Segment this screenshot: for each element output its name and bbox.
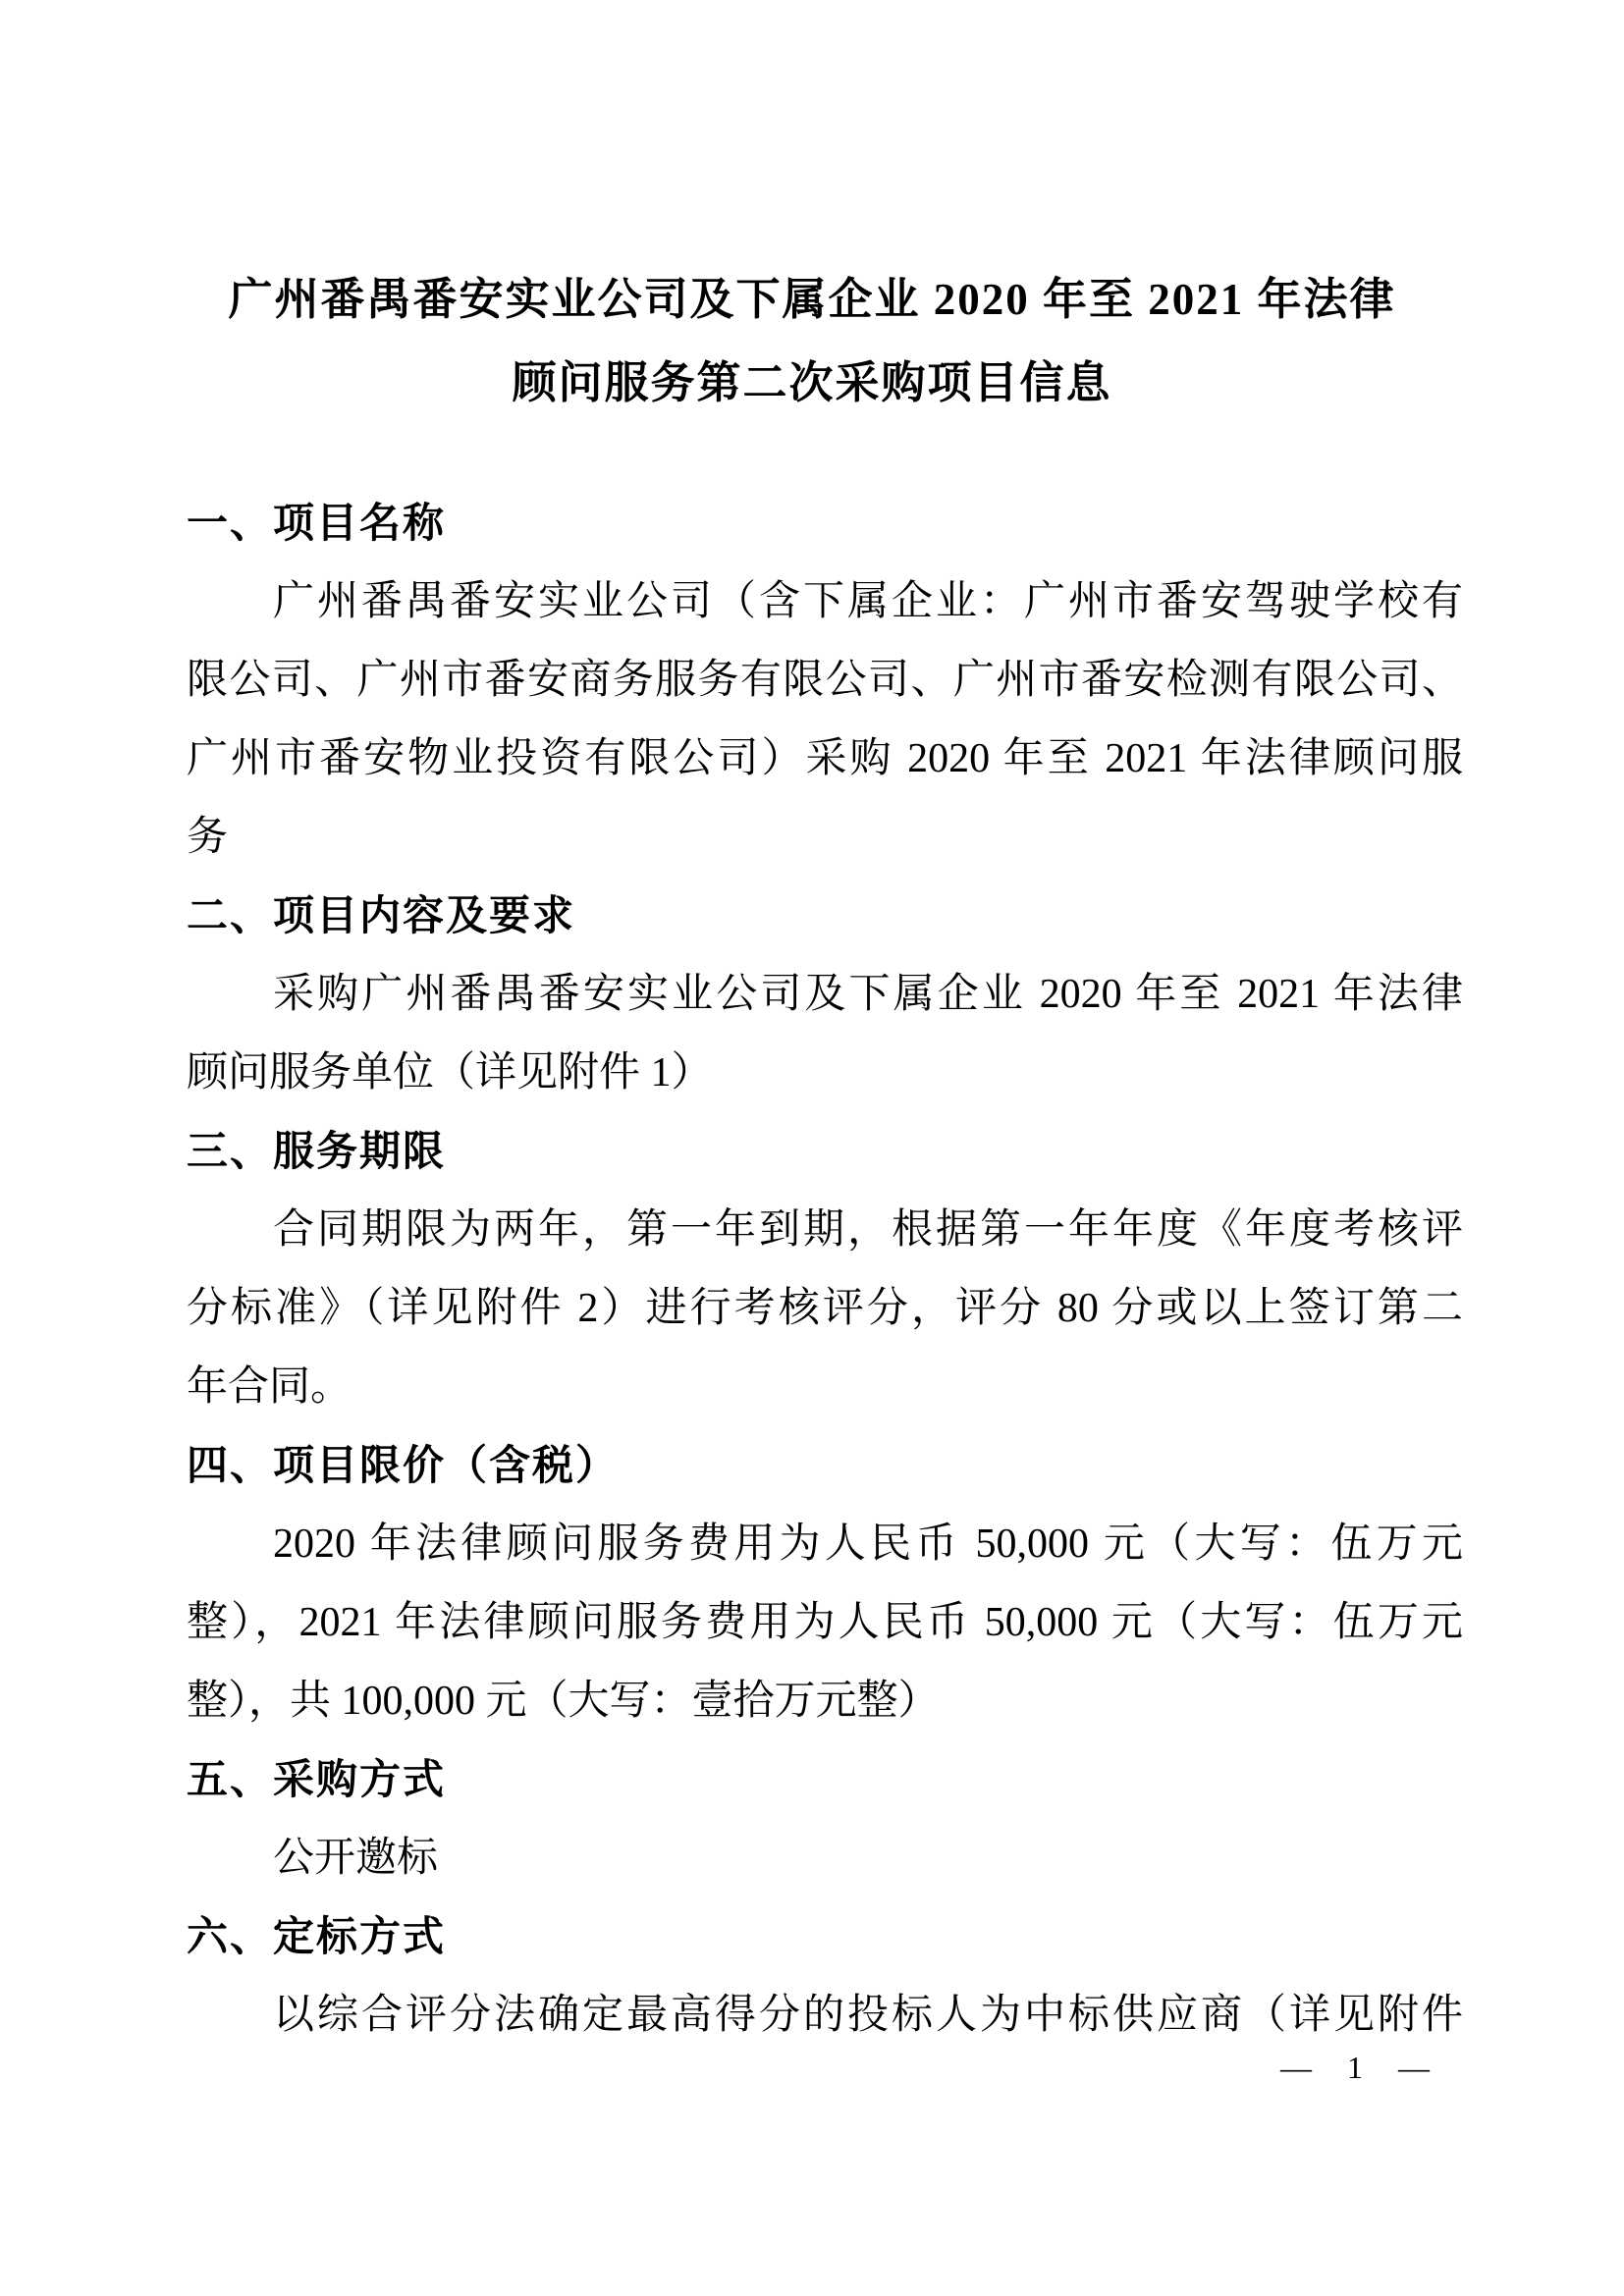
title-line-1: 广州番禺番安实业公司及下属企业 2020 年至 2021 年法律 xyxy=(118,258,1506,342)
section-4-line-1: 2020 年法律顾问服务费用为人民币 50,000 元（大写：伍万元 xyxy=(187,1505,1463,1583)
section-2-line-1: 采购广州番禺番安实业公司及下属企业 2020 年至 2021 年法律 xyxy=(187,955,1463,1034)
section-3-line-3: 年合同。 xyxy=(187,1348,1463,1426)
document-title: 广州番禺番安实业公司及下属企业 2020 年至 2021 年法律 顾问服务第二次… xyxy=(118,258,1506,425)
section-6-line-1: 以综合评分法确定最高得分的投标人为中标供应商（详见附件 xyxy=(187,1976,1463,2055)
section-1-heading: 一、项目名称 xyxy=(187,484,1463,562)
document-page: 广州番禺番安实业公司及下属企业 2020 年至 2021 年法律 顾问服务第二次… xyxy=(0,0,1624,2296)
section-2-line-2: 顾问服务单位（详见附件 1） xyxy=(187,1034,1463,1112)
section-1-line-3: 广州市番安物业投资有限公司）采购 2020 年至 2021 年法律顾问服 xyxy=(187,720,1463,798)
section-3-line-1: 合同期限为两年，第一年到期，根据第一年年度《年度考核评 xyxy=(187,1191,1463,1269)
page-number: — 1 — xyxy=(1280,2050,1435,2086)
section-4-line-2: 整），2021 年法律顾问服务费用为人民币 50,000 元（大写：伍万元 xyxy=(187,1583,1463,1662)
section-4-heading: 四、项目限价（含税） xyxy=(187,1426,1463,1505)
title-line-2: 顾问服务第二次采购项目信息 xyxy=(118,342,1506,425)
section-1-line-2: 限公司、广州市番安商务服务有限公司、广州市番安检测有限公司、 xyxy=(187,641,1463,720)
section-3-line-2: 分标准》（详见附件 2）进行考核评分，评分 80 分或以上签订第二 xyxy=(187,1269,1463,1348)
section-1-line-4: 务 xyxy=(187,798,1463,877)
section-5-line-1: 公开邀标 xyxy=(187,1819,1463,1897)
section-3-heading: 三、服务期限 xyxy=(187,1112,1463,1191)
section-6-heading: 六、定标方式 xyxy=(187,1897,1463,1976)
section-2-heading: 二、项目内容及要求 xyxy=(187,877,1463,955)
section-5-heading: 五、采购方式 xyxy=(187,1740,1463,1819)
section-1-line-1: 广州番禺番安实业公司（含下属企业：广州市番安驾驶学校有 xyxy=(187,562,1463,641)
section-4-line-3: 整），共 100,000 元（大写：壹拾万元整） xyxy=(187,1662,1463,1740)
document-body: 一、项目名称 广州番禺番安实业公司（含下属企业：广州市番安驾驶学校有 限公司、广… xyxy=(187,484,1463,2055)
